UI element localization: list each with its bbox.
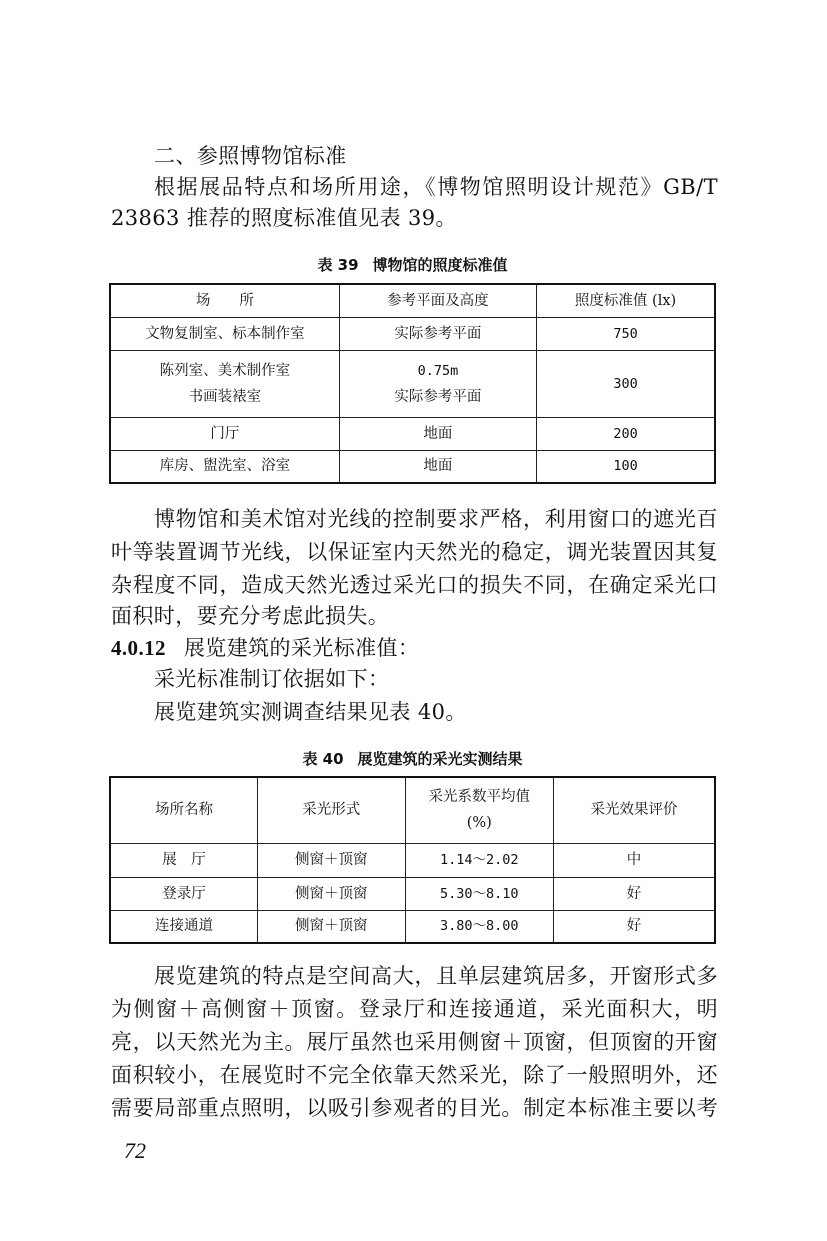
table-row: 陈列室、美术制作室 书画装裱室 0.75m 实际参考平面 300 — [110, 350, 715, 417]
header-place: 场 所 — [110, 284, 339, 317]
cell-coefficient: 3.80～8.00 — [405, 910, 554, 943]
cell-place: 展 厅 — [110, 843, 258, 877]
daylighting-survey-table: 场所名称 采光形式 采光系数平均值 (%) 采光效果评价 展 厅 侧窗＋顶窗 1… — [109, 776, 716, 944]
cell-evaluation: 好 — [554, 910, 715, 943]
cell-coefficient: 5.30～8.10 — [405, 877, 554, 910]
section-heading: 二、参照博物馆标准 — [154, 141, 718, 172]
page-number: 72 — [124, 1138, 146, 1164]
cell-plane: 实际参考平面 — [339, 317, 536, 350]
para1-line-4: 面积时，要充分考虑此损失。 — [111, 601, 718, 632]
cell-evaluation: 好 — [554, 877, 715, 910]
para2-line-3: 亮，以天然光为主。展厅虽然也采用侧窗＋顶窗，但顶窗的开窗 — [111, 1027, 718, 1058]
table-row: 登录厅 侧窗＋顶窗 5.30～8.10 好 — [110, 877, 715, 910]
header-coefficient-unit: (%) — [406, 810, 554, 836]
header-plane: 参考平面及高度 — [339, 284, 536, 317]
table-row: 展 厅 侧窗＋顶窗 1.14～2.02 中 — [110, 843, 715, 877]
cell-value: 750 — [537, 317, 715, 350]
cell-plane-line: 0.75m — [340, 358, 536, 384]
table-row: 库房、盥洗室、浴室 地面 100 — [110, 450, 715, 483]
cell-value: 300 — [537, 350, 715, 417]
table39-caption: 表 39博物馆的照度标准值 — [109, 255, 716, 275]
para2-line-1: 展览建筑的特点是空间高大，且单层建筑居多，开窗形式多 — [154, 961, 718, 992]
table-row: 门厅 地面 200 — [110, 417, 715, 450]
header-place-name: 场所名称 — [110, 777, 258, 843]
para1-line-2: 叶等装置调节光线，以保证室内天然光的稳定，调光装置因其复 — [111, 537, 718, 568]
illuminance-standard-table: 场 所 参考平面及高度 照度标准值 (lx) 文物复制室、标本制作室 实际参考平… — [109, 283, 716, 484]
cell-place: 文物复制室、标本制作室 — [110, 317, 339, 350]
header-coefficient: 采光系数平均值 (%) — [405, 777, 554, 843]
header-value: 照度标准值 (lx) — [537, 284, 715, 317]
cell-place: 登录厅 — [110, 877, 258, 910]
table-header-row: 场 所 参考平面及高度 照度标准值 (lx) — [110, 284, 715, 317]
cell-value: 200 — [537, 417, 715, 450]
cell-place-line: 陈列室、美术制作室 — [111, 358, 339, 384]
table40-caption-title: 展览建筑的采光实测结果 — [358, 750, 523, 768]
para1-line-3: 杂程度不同，造成天然光透过采光口的损失不同，在确定采光口 — [111, 570, 718, 601]
cell-form: 侧窗＋顶窗 — [258, 877, 405, 910]
para2-line-4: 面积较小，在展览时不完全依靠天然采光，除了一般照明外，还 — [111, 1060, 718, 1091]
intro-line-1: 根据展品特点和场所用途，《博物馆照明设计规范》GB/T — [154, 172, 718, 203]
cell-place: 连接通道 — [110, 910, 258, 943]
cell-plane-line: 实际参考平面 — [340, 384, 536, 410]
clause-line-2: 展览建筑实测调查结果见表 40。 — [154, 697, 718, 728]
cell-evaluation: 中 — [554, 843, 715, 877]
cell-place: 库房、盥洗室、浴室 — [110, 450, 339, 483]
table40-caption-number: 表 40 — [302, 750, 343, 768]
cell-place-line: 书画装裱室 — [111, 384, 339, 410]
para2-line-5: 需要局部重点照明，以吸引参观者的目光。制定本标准主要以考 — [111, 1093, 718, 1124]
cell-form: 侧窗＋顶窗 — [258, 843, 405, 877]
clause-number: 4.0.12 — [111, 636, 166, 660]
cell-plane: 地面 — [339, 417, 536, 450]
cell-place: 门厅 — [110, 417, 339, 450]
table-row: 连接通道 侧窗＋顶窗 3.80～8.00 好 — [110, 910, 715, 943]
cell-form: 侧窗＋顶窗 — [258, 910, 405, 943]
table-row: 文物复制室、标本制作室 实际参考平面 750 — [110, 317, 715, 350]
header-lighting-form: 采光形式 — [258, 777, 405, 843]
cell-coefficient: 1.14～2.02 — [405, 843, 554, 877]
header-evaluation: 采光效果评价 — [554, 777, 715, 843]
cell-plane: 地面 — [339, 450, 536, 483]
cell-value: 100 — [537, 450, 715, 483]
table-header-row: 场所名称 采光形式 采光系数平均值 (%) 采光效果评价 — [110, 777, 715, 843]
table40-caption: 表 40展览建筑的采光实测结果 — [109, 749, 716, 769]
clause-title: 展览建筑的采光标准值： — [184, 636, 419, 660]
intro-line-2: 23863 推荐的照度标准值见表 39。 — [111, 203, 718, 234]
cell-plane: 0.75m 实际参考平面 — [339, 350, 536, 417]
clause-line-1: 采光标准制订依据如下： — [154, 664, 718, 695]
cell-place: 陈列室、美术制作室 书画装裱室 — [110, 350, 339, 417]
header-coefficient-line: 采光系数平均值 — [406, 784, 554, 810]
table39-caption-number: 表 39 — [317, 256, 358, 274]
para1-line-1: 博物馆和美术馆对光线的控制要求严格，利用窗口的遮光百 — [154, 504, 718, 535]
clause-heading: 4.0.12展览建筑的采光标准值： — [111, 633, 718, 664]
para2-line-2: 为侧窗＋高侧窗＋顶窗。登录厅和连接通道，采光面积大，明 — [111, 994, 718, 1025]
table39-caption-title: 博物馆的照度标准值 — [373, 256, 508, 274]
